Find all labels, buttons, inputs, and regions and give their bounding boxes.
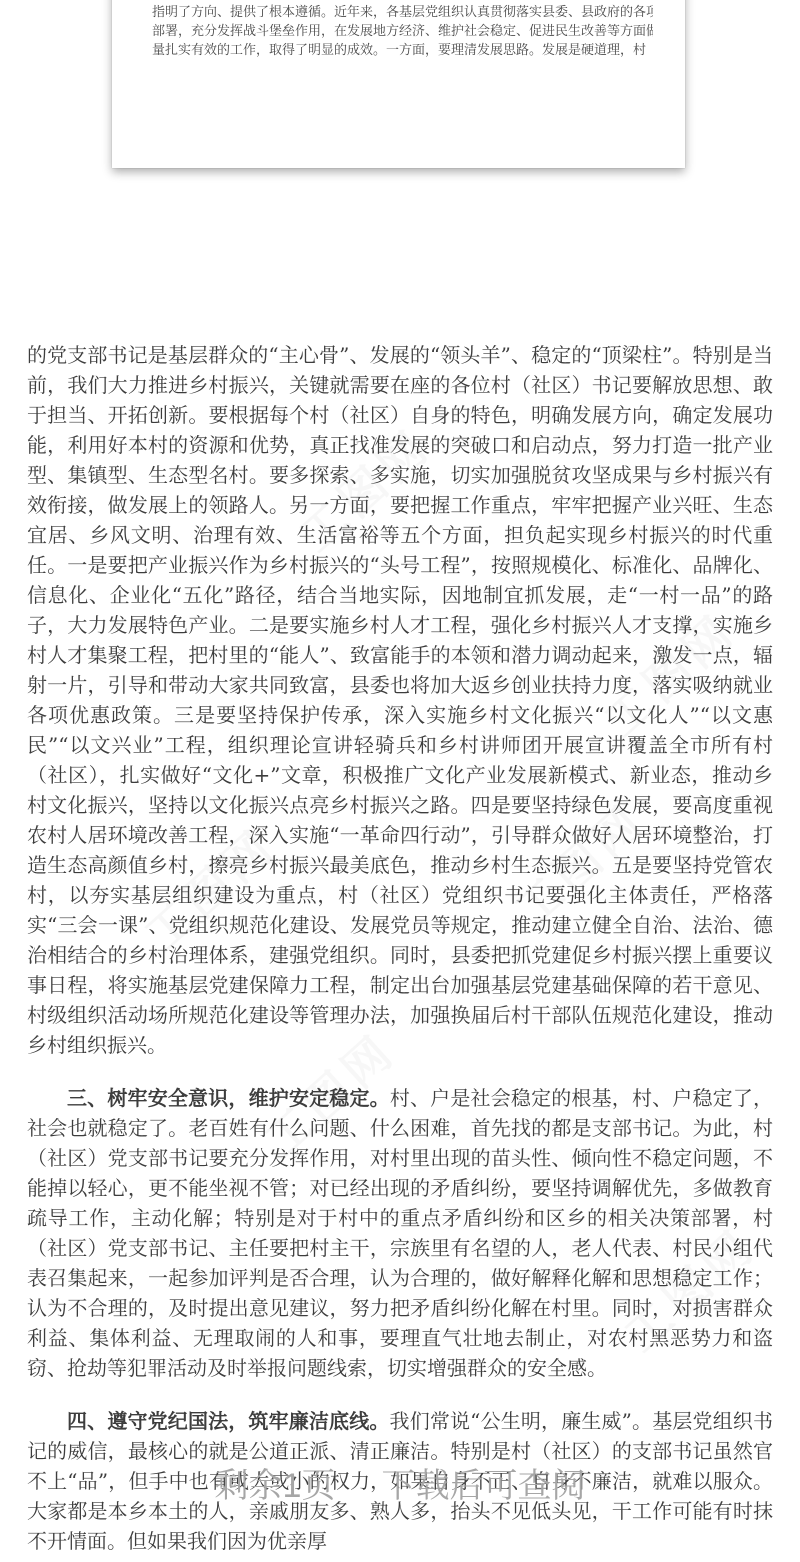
remaining-pages-banner[interactable]: 剩余1页 下载后可查阅 bbox=[0, 1458, 800, 1507]
preview-text-line: 量扎实有效的工作，取得了明显的成效。一方面，要理清发展思路。发展是硬道理，村（社… bbox=[152, 41, 653, 60]
document-paragraph: 三、树牢安全意识，维护安定稳定。村、户是社会稳定的根基，村、户稳定了，社会也就稳… bbox=[27, 1083, 773, 1383]
paragraph-heading: 三、树牢安全意识，维护安定稳定。 bbox=[67, 1086, 390, 1110]
document-preview-viewport: 指明了方向、提供了根本遵循。近年来，各基层党组织认真贯彻落实县委、县政府的各项决… bbox=[0, 0, 800, 1562]
page-preview-card[interactable]: 指明了方向、提供了根本遵循。近年来，各基层党组织认真贯彻落实县委、县政府的各项决… bbox=[112, 0, 685, 168]
document-text-area: 的党支部书记是基层群众的“主心骨”、发展的“领头羊”、稳定的“顶梁柱”。特别是当… bbox=[27, 340, 773, 1556]
remaining-pages-label: 剩余1页 bbox=[215, 1458, 336, 1507]
preview-text-line: 部署，充分发挥战斗堡垒作用，在发展地方经济、维护社会稳定、促进民生改善等方面做了… bbox=[152, 22, 653, 41]
document-paragraph: 的党支部书记是基层群众的“主心骨”、发展的“领头羊”、稳定的“顶梁柱”。特别是当… bbox=[27, 340, 773, 1060]
page-preview-text: 指明了方向、提供了根本遵循。近年来，各基层党组织认真贯彻落实县委、县政府的各项决… bbox=[112, 0, 685, 60]
paragraph-text: 村、户是社会稳定的根基，村、户稳定了，社会也就稳定了。老百姓有什么问题、什么困难… bbox=[27, 1086, 773, 1380]
paragraph-text: 的党支部书记是基层群众的“主心骨”、发展的“领头羊”、稳定的“顶梁柱”。特别是当… bbox=[27, 343, 773, 1057]
preview-text-line: 指明了方向、提供了根本遵循。近年来，各基层党组织认真贯彻落实县委、县政府的各项决… bbox=[152, 3, 653, 22]
paragraph-heading: 四、遵守党纪国法，筑牢廉洁底线。 bbox=[67, 1409, 390, 1433]
download-to-view-hint: 下载后可查阅 bbox=[381, 1458, 585, 1507]
